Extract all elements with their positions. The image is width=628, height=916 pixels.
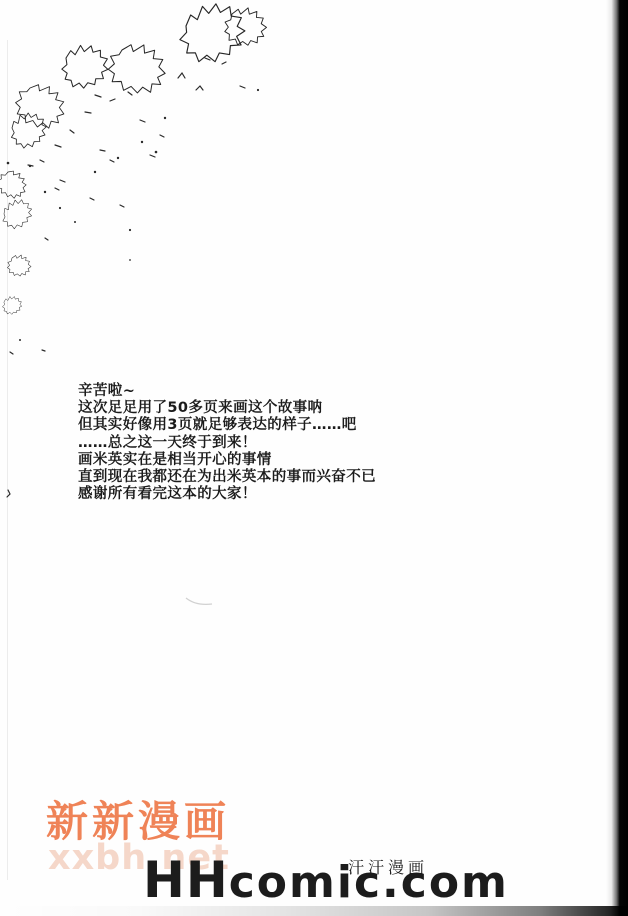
- scattered-dots: [7, 89, 259, 341]
- afterword-line: 直到现在我都还在为出米英本的事而兴奋不已: [78, 469, 376, 486]
- scanned-manga-page: 辛苦啦~ 这次足足用了50多页来画这个故事呐 但其实好像用3页就足够表达的样子……: [0, 0, 628, 916]
- scan-line-artifact: [7, 40, 8, 880]
- scan-edge-shadow-right: [606, 0, 628, 916]
- afterword-line: 但其实好像用3页就足够表达的样子……吧: [78, 417, 376, 434]
- afterword-line: 辛苦啦~: [78, 383, 376, 400]
- afterword-text-block: 辛苦啦~ 这次足足用了50多页来画这个故事呐 但其实好像用3页就足够表达的样子……: [78, 383, 376, 503]
- stray-pencil-mark: [186, 598, 212, 604]
- afterword-line: 这次足足用了50多页来画这个故事呐: [78, 400, 376, 417]
- scan-edge-shadow-bottom: [0, 906, 628, 916]
- hhcomic-logo: HHcomic.com: [143, 852, 509, 908]
- afterword-line: 画米英实在是相当开心的事情: [78, 452, 376, 469]
- afterword-line: ……总之这一天终于到来！: [78, 435, 376, 452]
- hhcomic-logo-domain: comic.com: [229, 857, 509, 908]
- hhcomic-logo-hh: HH: [143, 852, 229, 908]
- leaf-clusters: [0, 0, 270, 316]
- afterword-line: 感谢所有看完这本的大家！: [78, 486, 376, 503]
